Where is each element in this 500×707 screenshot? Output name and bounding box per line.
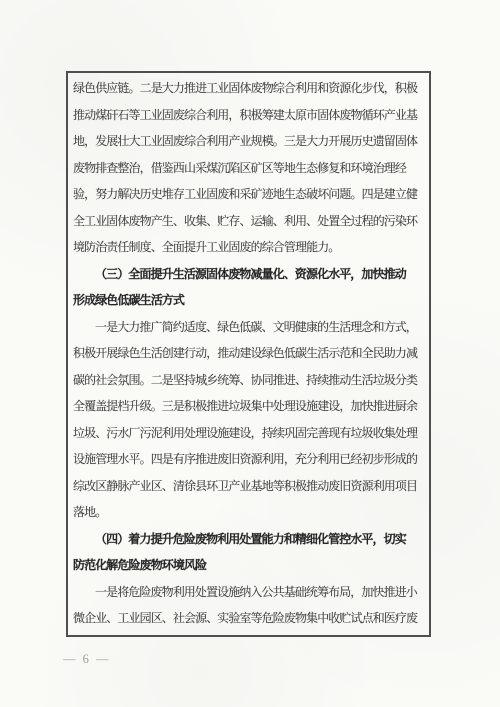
document-line: 微企业、工业园区、社会源、实验室等危险废物集中收贮试点和医疗废 bbox=[73, 605, 423, 632]
document-line: 落地。 bbox=[73, 499, 423, 526]
document-line: 绿色供应链。二是大力推进工业固体废物综合利用和资源化步伐，积极 bbox=[73, 75, 423, 102]
scanned-document-page: 绿色供应链。二是大力推进工业固体废物综合利用和资源化步伐，积极推动煤矸石等工业固… bbox=[0, 0, 500, 707]
document-line: （四）着力提升危险废物利用处置能力和精细化管控水平，切实 bbox=[73, 526, 423, 553]
page-number: — 6 — bbox=[63, 652, 111, 667]
document-line: 设施管理水平。四是有序推进废旧资源利用，充分利用已经初步形成的 bbox=[73, 446, 423, 473]
document-text-frame: 绿色供应链。二是大力推进工业固体废物综合利用和资源化步伐，积极推动煤矸石等工业固… bbox=[66, 71, 431, 637]
document-body: 绿色供应链。二是大力推进工业固体废物综合利用和资源化步伐，积极推动煤矸石等工业固… bbox=[73, 75, 423, 632]
document-line: 废物排查整治，借鉴西山采煤沉陷区矿区等地生态修复和环境治理经 bbox=[73, 155, 423, 182]
document-line: 积极开展绿色生活创建行动，推动建设绿色低碳生活示范和全民助力减 bbox=[73, 340, 423, 367]
document-line: （三）全面提升生活源固体废物减量化、资源化水平，加快推动 bbox=[73, 261, 423, 288]
document-line: 境防治责任制度、全面提升工业固废的综合管理能力。 bbox=[73, 234, 423, 261]
document-line: 一是大力推广简约适度、绿色低碳、文明健康的生活理念和方式， bbox=[73, 314, 423, 341]
document-line: 全覆盖提档升级。三是积极推进垃圾集中处理设施建设，加快推进厨余 bbox=[73, 393, 423, 420]
document-line: 防范化解危险废物环境风险 bbox=[73, 552, 423, 579]
document-line: 验，努力解决历史堆存工业固废和采矿迹地生态破坏问题。四是建立健 bbox=[73, 181, 423, 208]
document-line: 一是将危险废物利用处置设施纳入公共基础统筹布局，加快推进小 bbox=[73, 579, 423, 606]
document-line: 碳的社会氛围。二是坚持城乡统筹、协同推进、持续推动生活垃圾分类 bbox=[73, 367, 423, 394]
document-line: 全工业固体废物产生、收集、贮存、运输、利用、处置全过程的污染环 bbox=[73, 208, 423, 235]
document-line: 形成绿色低碳生活方式 bbox=[73, 287, 423, 314]
document-line: 推动煤矸石等工业固废综合利用，积极筹建太原市固体废物循环产业基 bbox=[73, 102, 423, 129]
document-line: 地，发展壮大工业固废综合利用产业规模。三是大力开展历史遗留固体 bbox=[73, 128, 423, 155]
document-line: 垃圾、污水厂污泥利用处理设施建设，持续巩固完善现有垃圾收集处理 bbox=[73, 420, 423, 447]
document-line: 综改区静脉产业区、清徐县环卫产业基地等积极推动废旧资源利用项目 bbox=[73, 473, 423, 500]
